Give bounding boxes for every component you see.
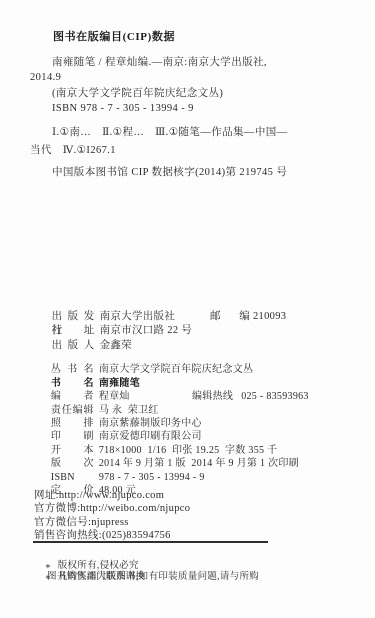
publisher-person-value: 金鑫荣 (100, 340, 132, 351)
isbn-row: ISBN978 - 7 - 305 - 13994 - 9 (34, 457, 299, 470)
cip-record-number: 中国版本图书馆 CIP 数据核字(2014)第 219745 号 (52, 166, 287, 179)
colophon-block: 丛书名南京大学文学院百年院庆纪念文丛 书名南雍随笔 编者程章灿 责任编辑马 永 … (34, 350, 299, 484)
editor-hotline-label: 编辑热线 (192, 391, 233, 402)
cip-heading: 图书在版编目(CIP)数据 (53, 31, 175, 44)
editor-hotline: 编辑热线025 - 83593963 (192, 390, 309, 403)
website-line: 网址:http://www.njupco.com (34, 489, 190, 502)
divider-rule (33, 541, 268, 543)
typesetting-row: 照排南京紫藤制版印务中心 (34, 404, 299, 417)
publisher-row: 出版发行南京大学出版社 (34, 296, 192, 310)
editor-hotline-value: 025 - 83593963 (241, 391, 309, 402)
wechat-line: 官方微信号:njupress (34, 516, 190, 529)
series-title-row: 丛书名南京大学文学院百年院庆纪念文丛 (34, 350, 299, 363)
postcode-label: 邮编 (210, 310, 250, 324)
weibo-line: 官方微博:http://weibo.com/njupco (34, 502, 190, 515)
cip-classification-line1: Ⅰ.①南… Ⅱ.①程… Ⅲ.①随笔—作品集—中国— (52, 126, 288, 139)
publisher-person-row: 出版人金鑫荣 (34, 324, 192, 338)
cip-classification-line2: 当代 Ⅳ.①I267.1 (30, 144, 116, 157)
address-row: 社址南京市汉口路 22 号 邮编210093 (34, 310, 192, 324)
price-row: 定价48.00 元 (34, 471, 299, 484)
quality-notice-text-line2: 图书销售部门联系调换 (47, 572, 145, 584)
contact-block: 网址:http://www.njupco.com 官方微博:http://wei… (34, 489, 190, 543)
editor-row: 编者程章灿 (34, 377, 299, 390)
postcode: 邮编210093 (210, 310, 286, 324)
cip-title-statement: 南雍随笔 / 程章灿编.—南京:南京大学出版社, (52, 56, 267, 69)
book-title-row: 书名南雍随笔 (34, 363, 299, 376)
copyright-page: 图书在版编目(CIP)数据 南雍随笔 / 程章灿编.—南京:南京大学出版社, 2… (0, 0, 375, 618)
postcode-value: 210093 (253, 311, 286, 322)
cip-isbn-line: ISBN 978 - 7 - 305 - 13994 - 9 (52, 102, 194, 115)
printer-row: 印刷南京爱德印刷有限公司 (34, 417, 299, 430)
format-row: 开本718×1000 1/16 印张 19.25 字数 355 千 (34, 430, 299, 443)
responsible-editor-row: 责任编辑马 永 荣卫红 编辑热线025 - 83593963 (34, 390, 299, 403)
publisher-block: 出版发行南京大学出版社 社址南京市汉口路 22 号 邮编210093 出版人金鑫… (34, 296, 192, 339)
cip-series-note: (南京大学文学院百年院庆纪念文丛) (52, 87, 223, 100)
cip-pub-year: 2014.9 (30, 71, 61, 84)
edition-row: 版次2014 年 9 月第 1 版 2014 年 9 月第 1 次印刷 (34, 444, 299, 457)
